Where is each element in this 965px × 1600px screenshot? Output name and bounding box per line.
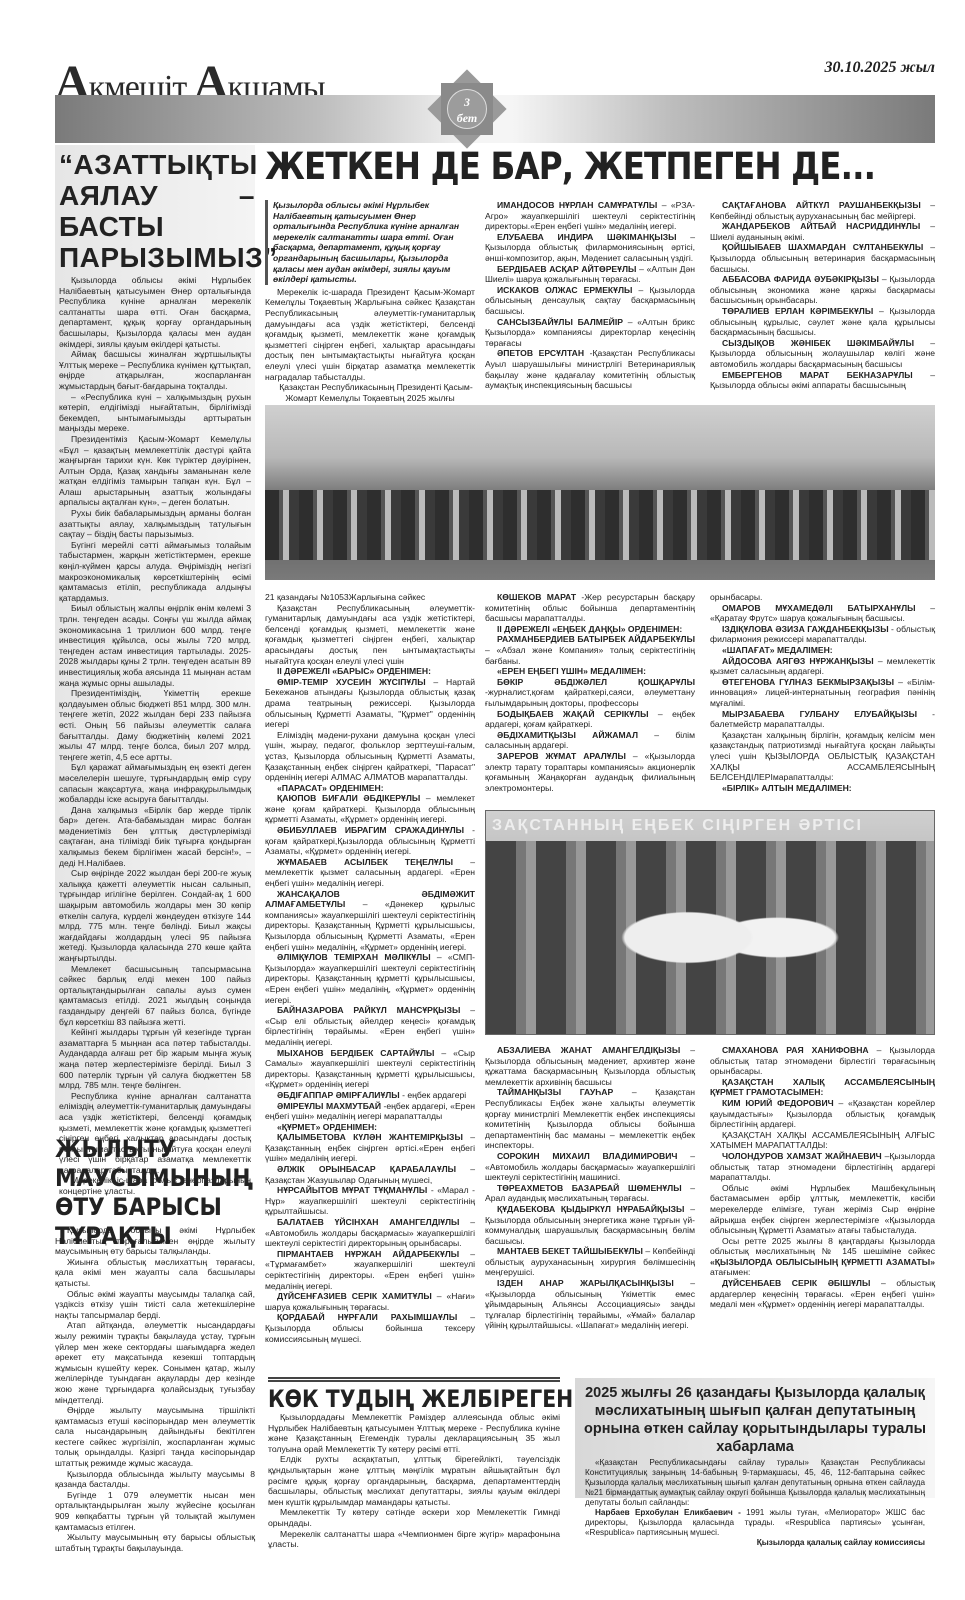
recipient-name: БОДЫҚБАЕВ ЖАҚАЙ СЕРІКҰЛЫ [497,709,648,719]
award-entry: ӘПЕТОВ ЕРСҰЛТАН -Қазақстан Республикасы … [485,348,695,390]
decision-suffix: атағымен: [710,1267,750,1277]
award-entry: ЧОЛОНДУРОВ ХАМЗАТ ЖАЙНАЕВИЧ –Қызылорда о… [710,1151,935,1183]
main-article-title: ЖЕТКЕН ДЕ БАР, ЖЕТПЕГЕН ДЕ... [265,145,875,188]
recipient-name: МЫХАНОВ БЕРДІБЕК САРТАЙҰЛЫ [277,1048,434,1058]
award-entry: ЗАРЕРОВ ЖҰМАТ АРАЛҰЛЫ – «Қызылорда элект… [485,751,695,793]
decree-intro: 21 қазандағы №1053Жарлығына сәйкес [265,592,475,603]
recipient-name: САҚТАҒАНОВА АЙТКҮЛ РАУШАНБЕКҚЫЗЫ [722,200,921,210]
main-paragraph: Мерекелік іс-шарада Президент Қасым-Жома… [265,287,475,382]
paragraph: Қызылордадағы Мемлекеттік Рәміздер аллея… [268,1412,560,1454]
awards-col-4: АБЗАЛИЕВА ЖАНАТ АМАНГЕЛДІҚЫЗЫ – Қызылорд… [485,1045,695,1331]
main-col-1: Қызылорда облысы әкімі Нұрлыбек Налібаев… [265,200,475,403]
award-entry: ТАЙМАНҚЫЗЫ ГАУҺАР – Қазақстан Республика… [485,1087,695,1151]
award-entry: КӨШЕКОВ МАРАТ -Жер ресурстарын басқару к… [485,592,695,624]
recipient-name: ИСКАКОВ ОЛЖАС ЕРМЕКҰЛЫ [497,285,632,295]
award-entry: ӘБДІҒАППАР ӘМІРҒАЛИҰЛЫ - еңбек ардагері [265,1090,475,1101]
award-entry: ДҮЙСЕНҒАЗИЕВ СЕРІК ХАМИТҰЛЫ – «Нағи» шар… [265,1291,475,1312]
notice-paragraph: «Қазақстан Республикасындағы сайлау тура… [585,1458,925,1508]
masthead: Ақмешіт Ақшамы 30.10.2025 жыл 3 бет [55,55,935,155]
flag-article-rule [268,1377,560,1382]
recipient-name: БАЛАТАЕВ ҮЙСІНХАН АМАНГЕЛДІҰЛЫ [277,1217,459,1227]
award-entry: ТӨРАЛИЕВ ЕРЛАН КӘРІМБЕКҰЛЫ – Қызылорда о… [710,306,935,338]
candidate-paragraph: Нарбаев Ерхобулан Еликбаевич - 1991 жылы… [585,1508,925,1538]
award-entry: САНСЫЗБАЙҰЛЫ БАЛМЕЙІР – «Алтын брикс Қыз… [485,317,695,349]
award-entry: МАНТАЕВ БЕКЕТ ТАЙШЫБЕКҰЛЫ – Көпбейінді о… [485,1246,695,1278]
award-heading-shapagat: «ШАПАҒАТ» МЕДАЛІМЕН: [710,645,935,656]
award-entry: КИМ ЮРИЙ ФЕДОРОВИЧ – «Қазақстан корейлер… [710,1098,935,1130]
flag-article-title: КӨК ТУДЫҢ ЖЕЛБІРЕГЕНІ... [268,1385,604,1413]
award-entry: ТӨРЕАХМЕТОВ БАЗАРБАЙ ШӨМЕНҰЛЫ – Арал ауд… [485,1183,695,1204]
recipient-name: БАЙНАЗАРОВА РАЙКҮЛ МАНСҰРҚЫЗЫ [277,1005,460,1015]
paragraph: Қызылорда облысында жылыту маусымы 8 қаз… [55,1469,255,1490]
recipient-name: ҚАЮПОВ БИҒАЛИ ӘБДІКЕРҰЛЫ [277,793,420,803]
award-entry: РАХМАНБЕРДИЕВ БАТЫРБЕК АЙДАРБЕКҰЛЫ – «Аб… [485,634,695,666]
recipient-name: ЖАНДАРБЕКОВ АЙТБАЙ НАСРИДДИНҰЛЫ [722,221,920,231]
page-number-badge: 3 бет [447,89,487,129]
award-entry: ҚОРДАБАЙ НҰРҒАЛИ РАХЫМШАҰЛЫ – Қызылорда … [265,1312,475,1344]
recipient-name: ОМАРОВ МҰХАМЕДӘЛІ БАТЫРХАНҰЛЫ [722,603,916,613]
honorary-citizen-paragraph: Облыс әкімі Нұрлыбек Машбекұлының бастам… [710,1183,935,1236]
paragraph: Қызылорда облысы әкімі Нұрлыбек Налібаев… [55,1225,255,1257]
recipient-name: МАНТАЕВ БЕКЕТ ТАЙШЫБЕКҰЛЫ [497,1246,643,1256]
election-notice-body: «Қазақстан Республикасындағы сайлау тура… [575,1456,935,1550]
award-entry: БАЙНАЗАРОВА РАЙКҮЛ МАНСҰРҚЫЗЫ – «Сыр елі… [265,1005,475,1047]
page-number: 3 [448,94,486,110]
recipient-description: Еліміздің мәдени-рухани дамуына қосқан ү… [265,730,475,782]
recipient-name: ІЗДЕН АНАР ЖАРЫЛҚАСЫНҚЫЗЫ [497,1278,674,1288]
recipient-name: ЕЛУБАЕВА ИНДИРА ШӘКІМАНҚЫЗЫ [497,232,677,242]
paragraph: Биыл облыстың жалпы өңірлік өнім көлемі … [59,603,251,688]
recipient-name: КӨШЕКОВ МАРАТ [497,592,576,602]
main-col-2: ИМАНДОСОВ НҰРЛАН САМҰРАТҰЛЫ – «РЗА-Агро»… [485,200,695,391]
group-photo-people [265,490,935,560]
recipient-name: ҚОРДАБАЙ НҰРҒАЛИ РАХЫМШАҰЛЫ [277,1312,457,1322]
left-article-body: Қызылорда облысы әкімі Нұрлыбек Налібаев… [55,275,255,1197]
recipient-name: ӘМІРЕҰЛЫ МАХМУТБАЙ [277,1101,381,1111]
award-entry: Еліміздің мәдени-рухани дамуына қосқан ү… [265,730,475,783]
decision-paragraph: Осы ретте 2025 жылғы 8 қаңтардағы Қызыло… [710,1236,935,1278]
award-entry: ИМАНДОСОВ НҰРЛАН САМҰРАТҰЛЫ – «РЗА-Агро»… [485,200,695,232]
paragraph: Жылыту маусымының өту барысы облыстық шт… [55,1532,255,1553]
election-notice: 2025 жылғы 26 қазандағы Қызылорда қалалы… [575,1378,935,1498]
award-entry: СОРОКИН МИХАИЛ ВЛАДИМИРОВИЧ – «Автомобил… [485,1151,695,1183]
notice-signature: Қызылорда қалалық сайлау комиссиясы [585,1538,925,1548]
recipient-name: ҚАЛЫМБЕТОВА КҮЛӘН ЖАНТЕМІРҚЫЗЫ [277,1132,463,1142]
recipient-name: ТӨРЕАХМЕТОВ БАЗАРБАЙ ШӨМЕНҰЛЫ [497,1183,682,1193]
award-entry: ЖАНДАРБЕКОВ АЙТБАЙ НАСРИДДИНҰЛЫ – Шиелі … [710,221,935,242]
main-col-3: САҚТАҒАНОВА АЙТКҮЛ РАУШАНБЕКҚЫЗЫ – Көпбе… [710,200,935,391]
recipient-name: ДҮЙСЕНҒАЗИЕВ СЕРІК ХАМИТҰЛЫ [277,1291,432,1301]
recipient-name: СЫЗДЫҚОВ ЖӘНІБЕК ШӘКІМБАЙҰЛЫ [722,338,914,348]
recipient-description: - еңбек ардагері [402,1090,466,1100]
award-entry: БАЛАТАЕВ ҮЙСІНХАН АМАНГЕЛДІҰЛЫ – «Автомо… [265,1217,475,1249]
recipient-name: АБЗАЛИЕВА ЖАНАТ АМАНГЕЛДІҚЫЗЫ [497,1045,680,1055]
recipient-name: ПІРМАНТАЕВ НҰРЖАН АЙДАРБЕКҰЛЫ [277,1249,459,1259]
left-article-title: “АЗАТТЫҚТЫ АЯЛАУ – БАСТЫ ПАРЫЗЫМЫЗ” [59,149,255,273]
award-entry: МЫРЗАБАЕВА ГУЛБАНУ ЕЛУБАЙҚЫЗЫ - балетмей… [710,709,935,730]
award-entry: ӘЛЖІК ОРЫНБАСАР ҚАРАБАЛАҰЛЫ – Қазақстан … [265,1164,475,1185]
award-heading-parasat: «ПАРАСАТ» ОРДЕНІМЕН: [265,783,475,794]
award-entry: БЕРДІБАЕВ АСҚАР АЙТӨРЕҰЛЫ – «Алтын Дән Ш… [485,264,695,285]
award-entry: СМАХАНОВА РАЯ ХАНИФОВНА – Қызылорда облы… [710,1045,935,1077]
award-entry: ОМАРОВ МҰХАМЕДӘЛІ БАТЫРХАНҰЛЫ – «Қаратау… [710,603,935,624]
recipient-name: САНСЫЗБАЙҰЛЫ БАЛМЕЙІР [497,317,623,327]
recipient-name: КИМ ЮРИЙ ФЕДОРОВИЧ [722,1098,834,1108]
recipient-name: ИМАНДОСОВ НҰРЛАН САМҰРАТҰЛЫ [497,200,657,210]
award-entry: БӨКІР ӘБДІЖӘЛЕЛ ҚОШҚАРҰЛЫ -журналист,қоғ… [485,677,695,709]
group-photo [265,405,935,580]
paragraph: Жиынға облыстық мәслихаттың төрағасы, қа… [55,1257,255,1289]
award-entry: АБЗАЛИЕВА ЖАНАТ АМАНГЕЛДІҚЫЗЫ – Қызылорд… [485,1045,695,1087]
recipient-name: ӘЛІМҚҰЛОВ ТЕМІРХАН МӘЛІКҰЛЫ [277,952,431,962]
award-entry: ЖҰМАБАЕВ АСЫЛБЕК ТЕҢЕЛҰЛЫ – мемлекеттік … [265,857,475,889]
award-entry: ІЗДЕН АНАР ЖАРЫЛҚАСЫНҚЫЗЫ – «Қызылорда о… [485,1278,695,1331]
page-label: бет [448,110,486,126]
award-entry: ӘЛІМҚҰЛОВ ТЕМІРХАН МӘЛІКҰЛЫ – «СМП-Қызыл… [265,952,475,1005]
award-entry: ІЗДІҚҰЛОВА ӘЗИЗА ГАЖДАНБЕКҚЫЗЫ - облысты… [710,624,935,645]
paragraph: Президентіміз Қасым-Жомарт Кемелұлы «Бұл… [59,434,251,508]
recipient-name: ЕМБЕРГЕНОВ МАРАТ БЕКНАЗАРҰЛЫ [722,370,913,380]
award-entry: ЕЛУБАЕВА ИНДИРА ШӘКІМАНҚЫЗЫ – Қызылорда … [485,232,695,264]
award-heading-gramota: ҚАЗАҚСТАН ХАЛЫҚ АССАМБЛЕЯСЫНЫҢ ҚҰРМЕТ ГР… [710,1077,935,1098]
recipient-name: ТӨРАЛИЕВ ЕРЛАН КӘРІМБЕКҰЛЫ [722,306,873,316]
awards-col-5: СМАХАНОВА РАЯ ХАНИФОВНА – Қызылорда облы… [710,1045,935,1310]
paragraph: – «Республика күні – халқымыздың рухын к… [59,392,251,434]
recipient-name: НҰРСАЙЫТОВ МҰРАТ ТҰҚМАНҰЛЫ [277,1185,427,1195]
award-entry: ЕМБЕРГЕНОВ МАРАТ БЕКНАЗАРҰЛЫ – Қызылорда… [710,370,935,391]
ceremony-photo: ЗАҚСТАННЫҢ ЕҢБЕК СІҢІРГЕН ӘРТІСІ [485,810,935,1035]
paragraph: Қызылорда облысы әкімі Нұрлыбек Налібаев… [59,275,251,349]
award-entry: АЙДОСОВА АЯГӨЗ НҰРЖАНҚЫЗЫ – мемлекеттік … [710,656,935,677]
award-entry: АББАСОВА ФАРИДА ӘУБӘКІРҚЫЗЫ – Қызылорда … [710,274,935,306]
recipient-name: ТАЙМАНҚЫЗЫ ГАУҺАР [497,1087,613,1097]
paragraph: Рухы биік бабаларымыздың арманы болған а… [59,508,251,540]
recipient-name: ІЗДІҚҰЛОВА ӘЗИЗА ГАЖДАНБЕКҚЫЗЫ [722,624,889,634]
recipient-name: ЖҰМАБАЕВ АСЫЛБЕК ТЕҢЕЛҰЛЫ [277,857,453,867]
paragraph: Дана халқымыз «Бірлік бар жерде тірлік б… [59,805,251,869]
recipient-name: ӘЛЖІК ОРЫНБАСАР ҚАРАБАЛАҰЛЫ [277,1164,456,1174]
paragraph: Бұл қаражат аймағымыздың ең өзекті деген… [59,762,251,804]
main-article-lead: Қызылорда облысы әкімі Нұрлыбек Налібаев… [265,200,475,285]
award-entry: СЫЗДЫҚОВ ЖӘНІБЕК ШӘКІМБАЙҰЛЫ – Қызылорда… [710,338,935,370]
award-heading-enbek-danky: ІІ ДӘРЕЖЕЛІ «ЕҢБЕК ДАҢҚЫ» ОРДЕНІМЕН: [485,624,695,635]
recipient-name: ӘПЕТОВ ЕРСҰЛТАН [497,348,584,358]
awards-paragraph: Қазақстан Республикасының әлеуметтік-гум… [265,603,475,667]
award-heading-kurmet: «ҚҰРМЕТ» ОРДЕНІМЕН: [265,1122,475,1133]
award-entry: ӘБДІХАМИТҚЫЗЫ АЙЖАМАЛ – білім саласының … [485,730,695,751]
heating-article-body: Қызылорда облысы әкімі Нұрлыбек Налібаев… [55,1225,255,1553]
recipient-name: БЕРДІБАЕВ АСҚАР АЙТӨРЕҰЛЫ [497,264,636,274]
award-entry: ӘМІРЕҰЛЫ МАХМУТБАЙ -еңбек ардагері, «Ере… [265,1101,475,1122]
paragraph: Сыр өңірінде 2022 жылдан бері 200-ге жуы… [59,868,251,963]
awards-col-3: орынбасары. ОМАРОВ МҰХАМЕДӘЛІ БАТЫРХАНҰЛ… [710,592,935,793]
recipient-description: -журналист,қоғам қайраткері,саяси, әлеум… [485,687,695,708]
award-heading-algys-hat: ҚАЗАҚСТАН ХАЛҚЫ АССАМБЛЕЯСЫНЫҢ АЛҒЫС ХАТ… [710,1130,935,1151]
award-entry: ИСКАКОВ ОЛЖАС ЕРМЕКҰЛЫ – Қызылорда облыс… [485,285,695,317]
recipient-name: ӨМІР-ТЕМІР ХУСЕИН ЖҮСІПҰЛЫ [277,677,426,687]
recipient-name: ЗАРЕРОВ ЖҰМАТ АРАЛҰЛЫ [497,751,626,761]
paragraph: Облыс әкімі жауапты маусымды талапқа сай… [55,1289,255,1321]
paragraph: Атап айтқанда, әлеуметтік нысандардағы ж… [55,1320,255,1405]
left-article: “АЗАТТЫҚТЫ АЯЛАУ – БАСТЫ ПАРЫЗЫМЫЗ” Қызы… [55,145,255,1120]
paragraph: Президентіміздің, Үкіметтің ерекше қолда… [59,688,251,762]
recipient-name: ЧОЛОНДУРОВ ХАМЗАТ ЖАЙНАЕВИЧ [722,1151,882,1161]
decision-text: Осы ретте 2025 жылғы 8 қаңтардағы Қызыло… [710,1236,935,1257]
paragraph: Кейінгі жылдары тұрғын үй кезегінде тұрғ… [59,1027,251,1091]
recipient-name: ӘБДІҒАППАР ӘМІРҒАЛИҰЛЫ [277,1090,400,1100]
award-heading-birlik: «БІРЛІК» АЛТЫН МЕДАЛІМЕН: [710,783,935,794]
paragraph: Бүгінде 1 079 әлеуметтік нысан мен ортал… [55,1490,255,1532]
award-entry: ӨТЕГЕНОВА ГҮЛНАЗ БЕКМЫРЗАҚЫЗЫ – «Білім-и… [710,677,935,709]
award-entry: БОДЫҚБАЕВ ЖАҚАЙ СЕРІКҰЛЫ – еңбек ардагер… [485,709,695,730]
recipient-name: БӨКІР ӘБДІЖӘЛЕЛ ҚОШҚАРҰЛЫ [497,677,695,687]
award-entry: НҰРСАЙЫТОВ МҰРАТ ТҰҚМАНҰЛЫ - «Марал - Нұ… [265,1185,475,1217]
award-entry: ҚАЛЫМБЕТОВА КҮЛӘН ЖАНТЕМІРҚЫЗЫ – Қазақст… [265,1132,475,1164]
ceremony-photo-screen-text: ЗАҚСТАННЫҢ ЕҢБЕК СІҢІРГЕН ӘРТІСІ [492,817,863,835]
award-entry: ӘБИБУЛЛАЕВ ИБРАГИМ СРАЖАДИНҰЛЫ - қоғам қ… [265,825,475,857]
recipient-name: ДҮЙСЕНБАЕВ СЕРІК ӘБІШҰЛЫ [722,1278,870,1288]
recipient-name: СМАХАНОВА РАЯ ХАНИФОВНА [722,1045,869,1055]
flag-article-body: Қызылордадағы Мемлекеттік Рәміздер аллея… [268,1412,560,1550]
ceremony-photo-people [486,841,934,1034]
paragraph: Бүгінгі мерейлі сәтті аймағымыз толайым … [59,540,251,604]
issue-date: 30.10.2025 жыл [824,59,935,77]
recipient-name: МЫРЗАБАЕВА ГУЛБАНУ ЕЛУБАЙҚЫЗЫ [722,709,917,719]
paragraph: Мемлекеттік Ту көтеру сәтінде әскери хор… [268,1507,560,1528]
award-entry: МЫХАНОВ БЕРДІБЕК САРТАЙҰЛЫ – «Сыр Самалы… [265,1048,475,1090]
continuation-text: орынбасары. [710,592,935,603]
paragraph: Мемлекет басшысының тапсырмасына сәйкес … [59,964,251,1028]
awards-col-1: 21 қазандағы №1053Жарлығына сәйкес Қазақ… [265,592,475,1344]
recipient-description: – «Абзал және Компания» толық серіктесті… [485,645,695,666]
honorary-title: «ҚЫЗЫЛОРДА ОБЛЫСЫНЫҢ ҚҰРМЕТТІ АЗАМАТЫ» [710,1257,935,1267]
award-entry: ЖАНСАҚАЛОВ ӘБДІМӘЖИТ АЛМАҒАМБЕТҰЛЫ – «Дә… [265,889,475,953]
award-entry: ӨМІР-ТЕМІР ХУСЕИН ЖҮСІПҰЛЫ – Нартай Беке… [265,677,475,730]
award-entry: САҚТАҒАНОВА АЙТКҮЛ РАУШАНБЕКҚЫЗЫ – Көпбе… [710,200,935,221]
paragraph: Елдік рухты асқақтатып, ұлттық бірегейлі… [268,1454,560,1507]
paragraph: Мерекелік салтанатты шара «Чемпионмен бі… [268,1529,560,1550]
assembly-paragraph: Қазақстан халқының бірлігін, қоғамдық ке… [710,730,935,783]
candidate-name: Нарбаев Ерхобулан Еликбаевич - [595,1508,741,1517]
award-entry: ҚҰДАБЕКОВА ҚЫДЫРКҮЛ НҰРАБАЙҚЫЗЫ – Қызыло… [485,1204,695,1246]
award-entry: ҚОЙШЫБАЕВ ШАХМАРДАН СҰЛТАНБЕКҰЛЫ – Қызыл… [710,242,935,274]
recipient-name: ҚҰДАБЕКОВА ҚЫДЫРКҮЛ НҰРАБАЙҚЫЗЫ [497,1204,684,1214]
election-notice-title: 2025 жылғы 26 қазандағы Қызылорда қалалы… [575,1378,935,1456]
recipient-name: ҚОЙШЫБАЕВ ШАХМАРДАН СҰЛТАНБЕКҰЛЫ [722,242,923,252]
recipient-name: ӘБДІХАМИТҚЫЗЫ АЙЖАМАЛ [497,730,638,740]
main-paragraph: Қазақстан Республикасының Президенті Қас… [265,382,475,403]
recipient-name: АББАСОВА ФАРИДА ӘУБӘКІРҚЫЗЫ [722,274,879,284]
award-entry: ДҮЙСЕНБАЕВ СЕРІК ӘБІШҰЛЫ – облыстық арда… [710,1278,935,1310]
award-entry: ПІРМАНТАЕВ НҰРЖАН АЙДАРБЕКҰЛЫ – «Тұрмаға… [265,1249,475,1291]
paragraph: Аймақ басшысы жиналған жұртшылықты Ұлтты… [59,349,251,391]
award-heading-barys: ІІ ДӘРЕЖЕЛІ «БАРЫС» ОРДЕНІМЕН: [265,666,475,677]
recipient-name: ӨТЕГЕНОВА ГҮЛНАЗ БЕКМЫРЗАҚЫЗЫ [722,677,894,687]
recipient-name: СОРОКИН МИХАИЛ ВЛАДИМИРОВИЧ [497,1151,677,1161]
recipient-name: АЙДОСОВА АЯГӨЗ НҰРЖАНҚЫЗЫ [722,656,874,666]
recipient-name: РАХМАНБЕРДИЕВ БАТЫРБЕК АЙДАРБЕКҰЛЫ [497,634,695,644]
award-heading-eren-enbegi: «ЕРЕН ЕҢБЕГІ ҮШІН» МЕДАЛІМЕН: [485,666,695,677]
awards-col-2: КӨШЕКОВ МАРАТ -Жер ресурстарын басқару к… [485,592,695,793]
recipient-name: ӘБИБУЛЛАЕВ ИБРАГИМ СРАЖАДИНҰЛЫ [277,825,464,835]
award-entry: ҚАЮПОВ БИҒАЛИ ӘБДІКЕРҰЛЫ – мемлекет және… [265,793,475,825]
paragraph: Өңірде жылыту маусымына тіршілікті қамта… [55,1405,255,1469]
